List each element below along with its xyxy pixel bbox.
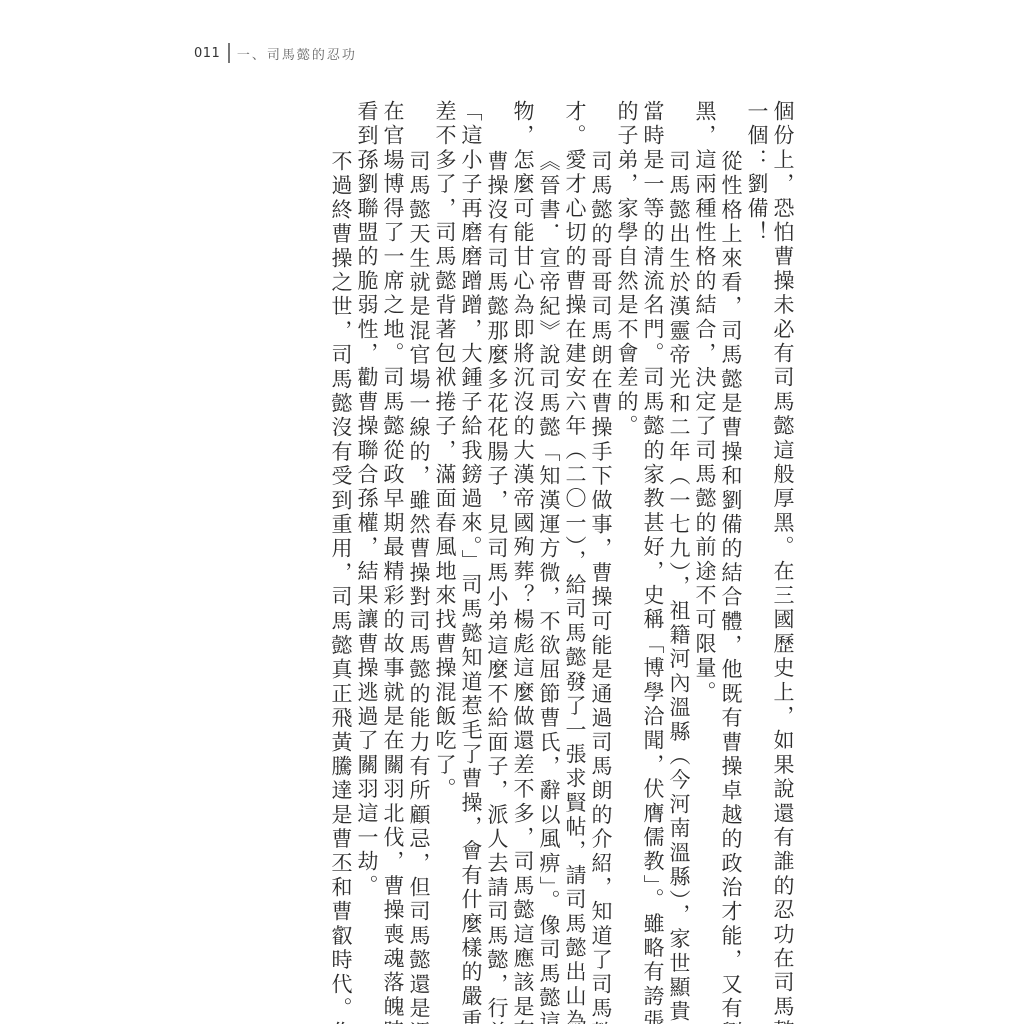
running-header: 011 一、司馬懿的忍功	[194, 42, 357, 64]
text-column: 差不多了，司馬懿背著包袱捲子，滿面春風地來找曹操混飯吃了。	[432, 100, 458, 980]
text-column-paragraph-start: 《晉書．宣帝紀》說司馬懿「知漢運方微，不欲屈節曹氏，辭以風痹」。像司馬懿這等鷹視…	[536, 100, 562, 980]
page-number: 011	[194, 46, 220, 61]
text-column: 的子弟，家學自然是不會差的。	[614, 100, 640, 980]
chapter-title: 一、司馬懿的忍功	[237, 44, 357, 63]
text-column: 在官場博得了一席之地。司馬懿從政早期最精彩的故事就是在關羽北伐，曹操喪魂落魄時，…	[380, 100, 406, 980]
text-column-paragraph-start: 曹操沒有司馬懿那麼多花花腸子，見司馬小弟這麼不給面子，派人去請司馬懿，行前告訴使…	[484, 100, 510, 980]
header-divider	[228, 43, 230, 63]
text-column-paragraph-start: 從性格上來看，司馬懿是曹操和劉備的結合體，他既有曹操卓越的政治才能，又有劉備的狡…	[718, 100, 744, 980]
vertical-body-text: 個份上，恐怕曹操未必有司馬懿這般厚黑。在三國歷史上，如果說還有誰的忍功在司馬懿之…	[328, 100, 796, 980]
text-column: 黑，這兩種性格的結合，決定了司馬懿的前途不可限量。	[692, 100, 718, 980]
text-column: 才。愛才心切的曹操在建安六年（二〇一），給司馬懿發了一張求賢帖，請司馬懿出山為他…	[562, 100, 588, 980]
text-column-paragraph-start: 司馬懿的哥哥司馬朗在曹操手下做事，曹操可能是通過司馬朗的介紹，知道了司馬懿是個可…	[588, 100, 614, 980]
text-column: 一個：劉備！	[744, 100, 770, 980]
text-column: 物，怎麼可能甘心為即將沉沒的大漢帝國殉葬？楊彪這麼做還差不多，司馬懿這應該是有意…	[510, 100, 536, 980]
text-column: 「這小子再磨磨蹭蹭，大鍾子給我鎊過來。」司馬懿知道惹毛了曹操，會有什麼樣的嚴重後…	[458, 100, 484, 980]
text-column-paragraph-start: 司馬懿出生於漢靈帝光和二年（一七九），祖籍河內溫縣（今河南溫縣），家世顯貴，河內…	[666, 100, 692, 980]
text-column-paragraph-start: 不過終曹操之世，司馬懿沒有受到重用，司馬懿真正飛黃騰達是曹丕和曹叡時代。作為曹丕…	[328, 100, 354, 980]
text-column-paragraph-start: 司馬懿天生就是混官場一線的，雖然曹操對司馬懿的能力有所顧忌，但司馬懿還是憑藉自己…	[406, 100, 432, 980]
text-column: 看到孫劉聯盟的脆弱性，勸曹操聯合孫權，結果讓曹操逃過了關羽這一劫。	[354, 100, 380, 980]
text-column: 個份上，恐怕曹操未必有司馬懿這般厚黑。在三國歷史上，如果說還有誰的忍功在司馬懿之…	[770, 100, 796, 980]
text-column: 當時是一等的清流名門。司馬懿的家教甚好，史稱「博學洽聞，伏膺儒教」。雖略有誇張，…	[640, 100, 666, 980]
